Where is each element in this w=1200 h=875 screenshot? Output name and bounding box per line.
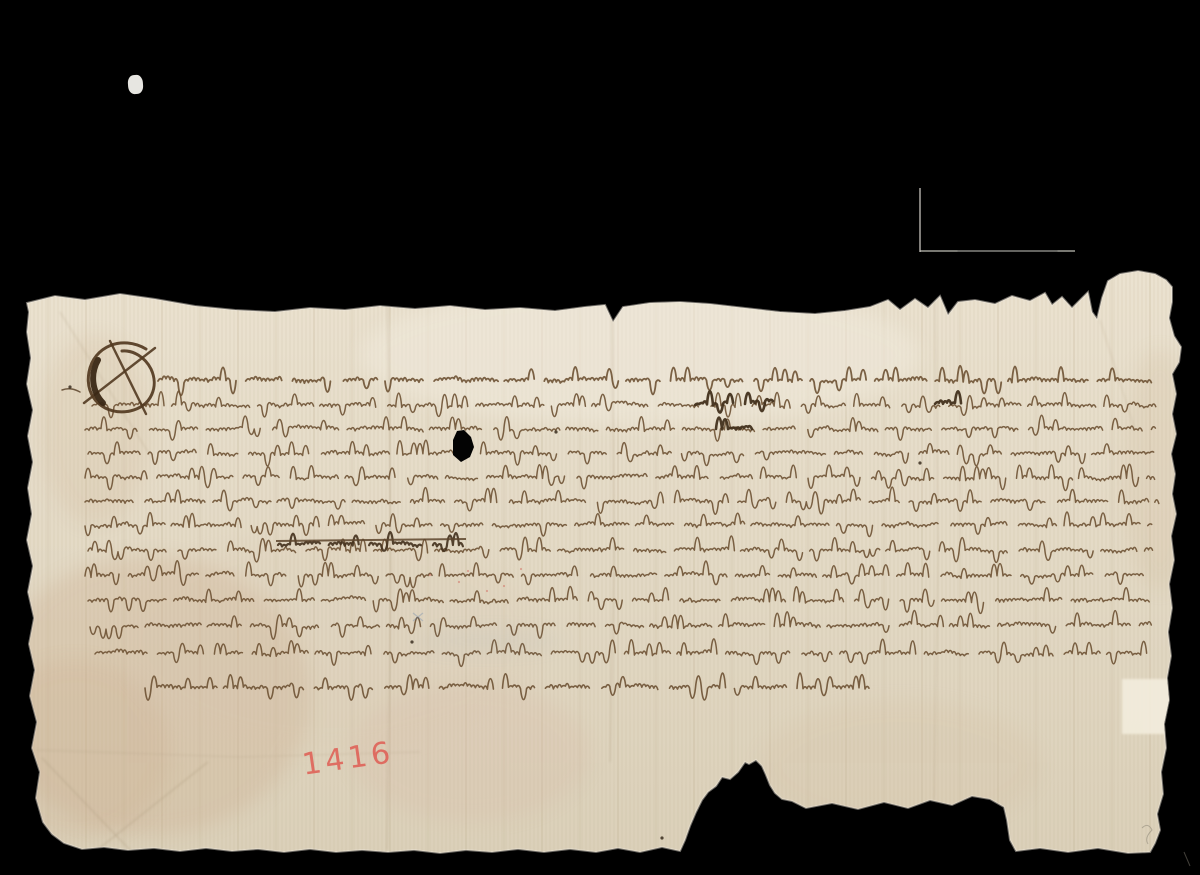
blue-showthrough-smudge: [415, 629, 565, 653]
red-speck: [520, 568, 522, 570]
parchment-surface: [0, 260, 1200, 860]
red-speck: [503, 585, 505, 587]
ink-speck: [68, 385, 71, 388]
red-speck: [458, 581, 460, 583]
parchment-scene: [0, 0, 1200, 875]
manuscript-scan: 1416: [0, 0, 1200, 875]
red-speck: [467, 570, 469, 572]
ink-speck: [554, 430, 557, 433]
ink-speck: [918, 461, 921, 464]
red-speck: [429, 574, 431, 576]
red-speck: [486, 590, 488, 592]
ink-speck: [410, 640, 413, 643]
ink-speck: [660, 836, 663, 839]
